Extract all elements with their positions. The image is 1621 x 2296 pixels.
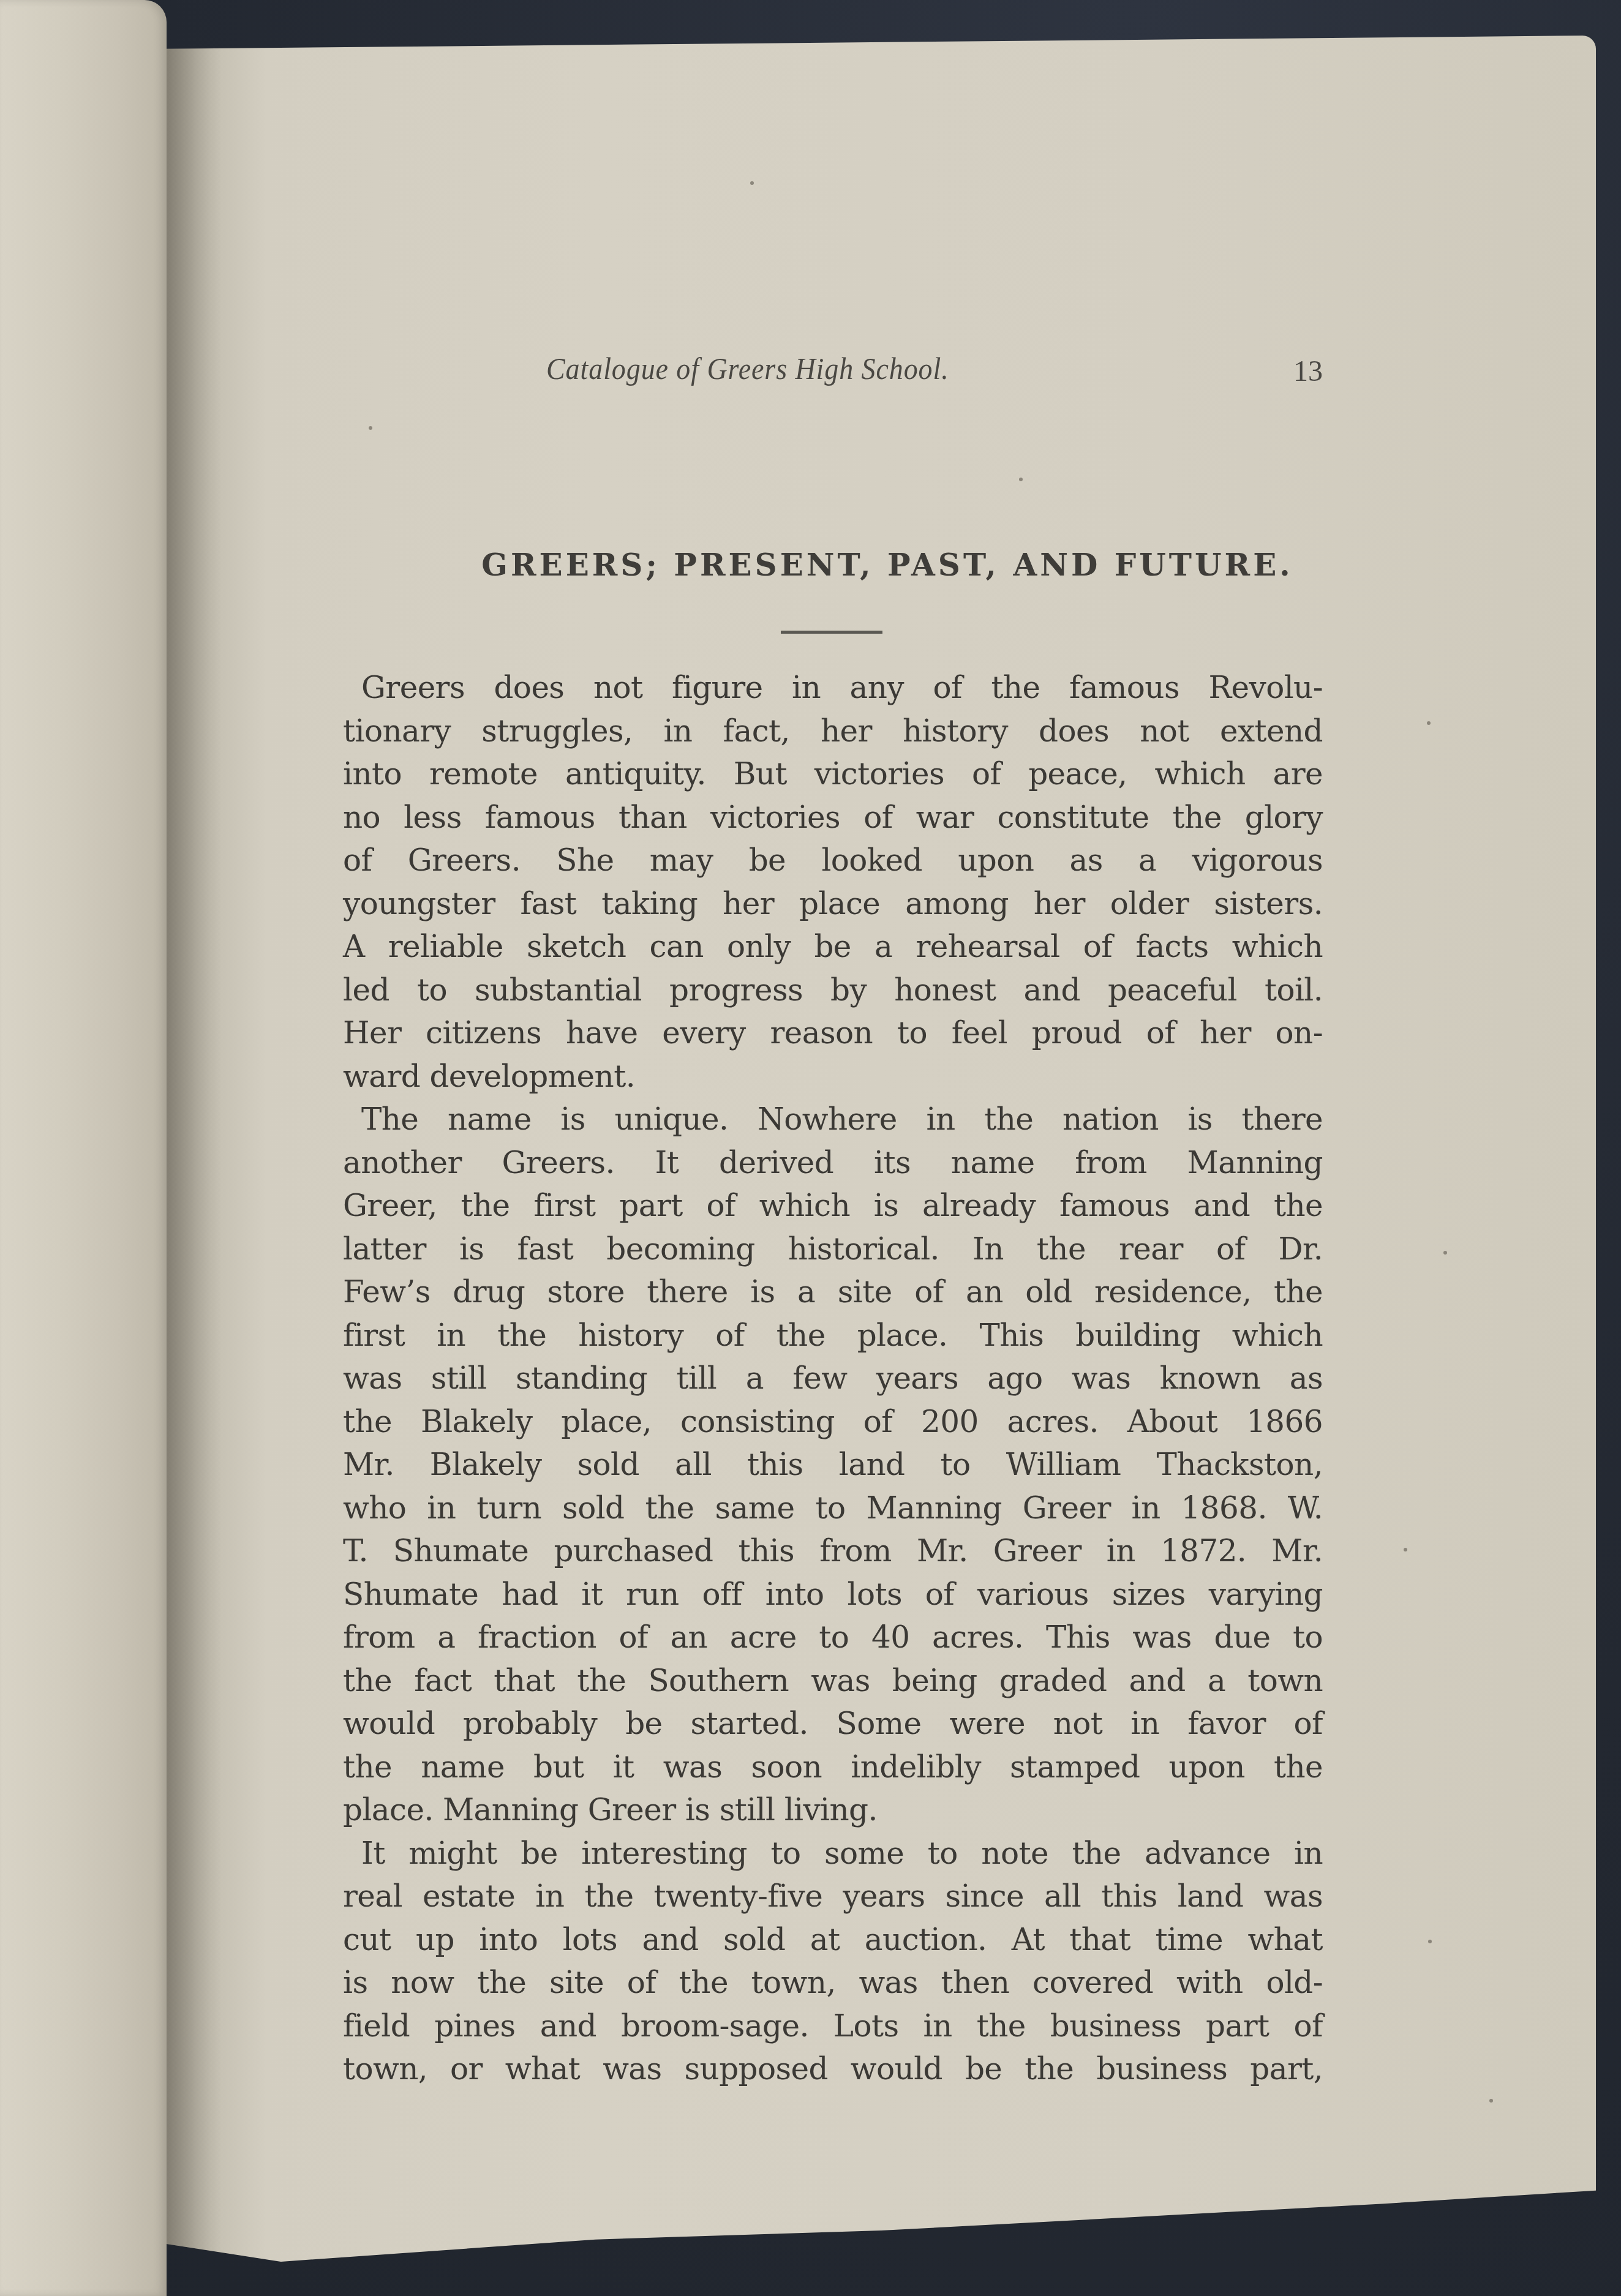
text-line: Few’s drug store there is a site of an o… bbox=[343, 1270, 1323, 1314]
text-line: real estate in the twenty-five years sin… bbox=[343, 1875, 1323, 1918]
title-rule-divider bbox=[781, 631, 882, 634]
text-line: Her citizens have every reason to feel p… bbox=[343, 1011, 1323, 1055]
text-line: youngster fast taking her place among he… bbox=[343, 882, 1323, 926]
running-head: Catalogue of Greers High School. 13 bbox=[167, 351, 1596, 400]
paper-speck bbox=[1427, 721, 1431, 725]
book-page: Catalogue of Greers High School. 13 GREE… bbox=[167, 36, 1596, 2262]
text-line: of Greers. She may be looked upon as a v… bbox=[343, 839, 1323, 882]
text-line: tionary struggles, in fact, her history … bbox=[343, 710, 1323, 753]
chapter-title: GREERS; PRESENT, PAST, AND FUTURE. bbox=[167, 547, 1596, 583]
text-line: latter is fast becoming historical. In t… bbox=[343, 1228, 1323, 1271]
text-line: ward development. bbox=[343, 1055, 1323, 1098]
paper-speck bbox=[1428, 1940, 1432, 1943]
page-number: 13 bbox=[1293, 355, 1323, 388]
text-line: field pines and broom-sage. Lots in the … bbox=[343, 2005, 1323, 2048]
paragraph-2: The name is unique. Nowhere in the natio… bbox=[343, 1098, 1323, 1832]
text-line: The name is unique. Nowhere in the natio… bbox=[343, 1098, 1323, 1141]
paragraph-1: Greers does not figure in any of the fam… bbox=[343, 666, 1323, 1098]
paper-speck bbox=[1489, 2099, 1493, 2103]
text-line: was still standing till a few years ago … bbox=[343, 1357, 1323, 1400]
text-line: Mr. Blakely sold all this land to Willia… bbox=[343, 1443, 1323, 1487]
text-line: T. Shumate purchased this from Mr. Greer… bbox=[343, 1529, 1323, 1573]
text-line: no less famous than victories of war con… bbox=[343, 796, 1323, 839]
text-line: A reliable sketch can only be a rehearsa… bbox=[343, 925, 1323, 969]
paper-speck bbox=[1443, 1251, 1447, 1255]
text-line: place. Manning Greer is still living. bbox=[343, 1788, 1323, 1832]
paper-speck bbox=[1404, 1548, 1407, 1551]
text-line: is now the site of the town, was then co… bbox=[343, 1961, 1323, 2005]
text-line: would probably be started. Some were not… bbox=[343, 1702, 1323, 1746]
body-text: Greers does not figure in any of the fam… bbox=[343, 666, 1323, 2091]
text-line: the name but it was soon indelibly stamp… bbox=[343, 1746, 1323, 1789]
text-line: the fact that the Southern was being gra… bbox=[343, 1659, 1323, 1703]
running-head-title: Catalogue of Greers High School. bbox=[546, 351, 949, 386]
text-line: first in the history of the place. This … bbox=[343, 1314, 1323, 1357]
text-line: another Greers. It derived its name from… bbox=[343, 1141, 1323, 1185]
text-line: into remote antiquity. But victories of … bbox=[343, 752, 1323, 796]
text-line: Greers does not figure in any of the fam… bbox=[343, 666, 1323, 710]
text-line: who in turn sold the same to Manning Gre… bbox=[343, 1487, 1323, 1530]
paper-speck bbox=[750, 181, 754, 185]
paper-speck bbox=[369, 426, 372, 430]
paper-speck bbox=[1019, 478, 1023, 481]
left-page-edge bbox=[0, 0, 167, 2296]
text-line: the Blakely place, consisting of 200 acr… bbox=[343, 1400, 1323, 1444]
text-line: Greer, the first part of which is alread… bbox=[343, 1184, 1323, 1228]
text-line: led to substantial progress by honest an… bbox=[343, 969, 1323, 1012]
text-line: Shumate had it run off into lots of vari… bbox=[343, 1573, 1323, 1616]
text-line: It might be interesting to some to note … bbox=[343, 1832, 1323, 1875]
text-line: town, or what was supposed would be the … bbox=[343, 2047, 1323, 2091]
text-line: cut up into lots and sold at auction. At… bbox=[343, 1918, 1323, 1962]
text-line: from a fraction of an acre to 40 acres. … bbox=[343, 1616, 1323, 1659]
paragraph-3: It might be interesting to some to note … bbox=[343, 1832, 1323, 2091]
